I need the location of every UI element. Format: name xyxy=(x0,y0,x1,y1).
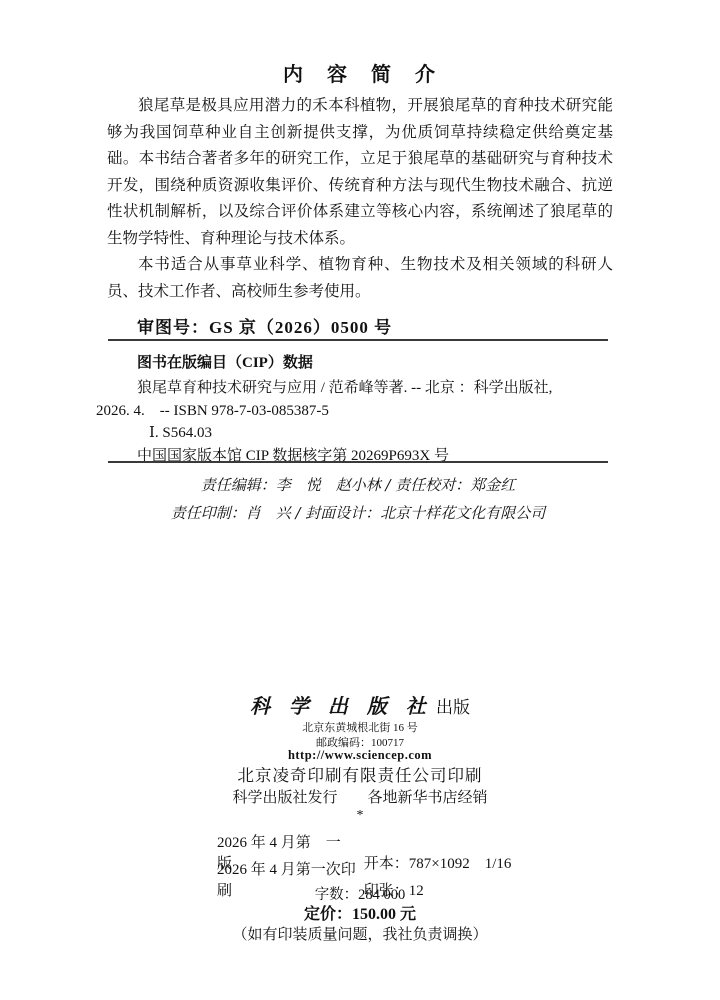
divider-rule-top xyxy=(108,339,608,341)
editor-credits-line: 责任编辑：李 悦 赵小林 / 责任校对：郑金红 xyxy=(0,474,716,495)
quality-note: （如有印装质量问题，我社负责调换） xyxy=(0,923,720,944)
content-summary: 狼尾草是极具应用潜力的禾本科植物，开展狼尾草的育种技术研究能够为我国饲草种业自主… xyxy=(107,93,613,305)
publisher-line: 科 学 出 版 社 出版 xyxy=(0,690,720,719)
summary-paragraph-2: 本书适合从事草业科学、植物育种、生物技术及相关领域的科研人员、技术工作者、高校师… xyxy=(107,252,613,305)
distribution-line: 科学出版社发行 各地新华书店经销 xyxy=(0,786,720,807)
price-line: 定价：150.00 元 xyxy=(0,901,720,924)
map-approval-number: 审图号：GS 京（2026）0500 号 xyxy=(137,313,392,338)
cip-title-line: 狼尾草育种技术研究与应用 / 范希峰等著. -- 北京 ：科学出版社, xyxy=(96,377,616,400)
cip-heading: 图书在版编目（CIP）数据 xyxy=(137,351,313,372)
publisher-website: http://www.sciencep.com xyxy=(0,748,720,763)
summary-paragraph-1: 狼尾草是极具应用潜力的禾本科植物，开展狼尾草的育种技术研究能够为我国饲草种业自主… xyxy=(107,93,613,252)
divider-rule-bottom xyxy=(108,461,608,463)
cip-record-number-line: 中国国家版本馆 CIP 数据核字第 20269P693X 号 xyxy=(96,445,616,468)
cip-data-block: 狼尾草育种技术研究与应用 / 范希峰等著. -- 北京 ：科学出版社, 2026… xyxy=(96,377,616,467)
science-press-logo: 科 学 出 版 社 xyxy=(250,694,432,718)
star-divider: * xyxy=(0,808,720,824)
printing-credits-line: 责任印制：肖 兴 / 封面设计：北京十样花文化有限公司 xyxy=(0,502,716,523)
printer-line: 北京凌奇印刷有限责任公司印刷 xyxy=(0,762,720,786)
cip-isbn-line: 2026. 4. -- ISBN 978-7-03-085387-5 xyxy=(96,400,616,423)
page-title: 内 容 简 介 xyxy=(0,58,720,87)
book-copyright-page: 内 容 简 介 狼尾草是极具应用潜力的禾本科植物，开展狼尾草的育种技术研究能够为… xyxy=(0,0,720,1000)
publisher-suffix: 出版 xyxy=(432,698,470,717)
publisher-address: 北京东黄城根北街 16 号 xyxy=(0,719,720,735)
cip-classification-line: Ⅰ. S564.03 xyxy=(96,422,616,445)
